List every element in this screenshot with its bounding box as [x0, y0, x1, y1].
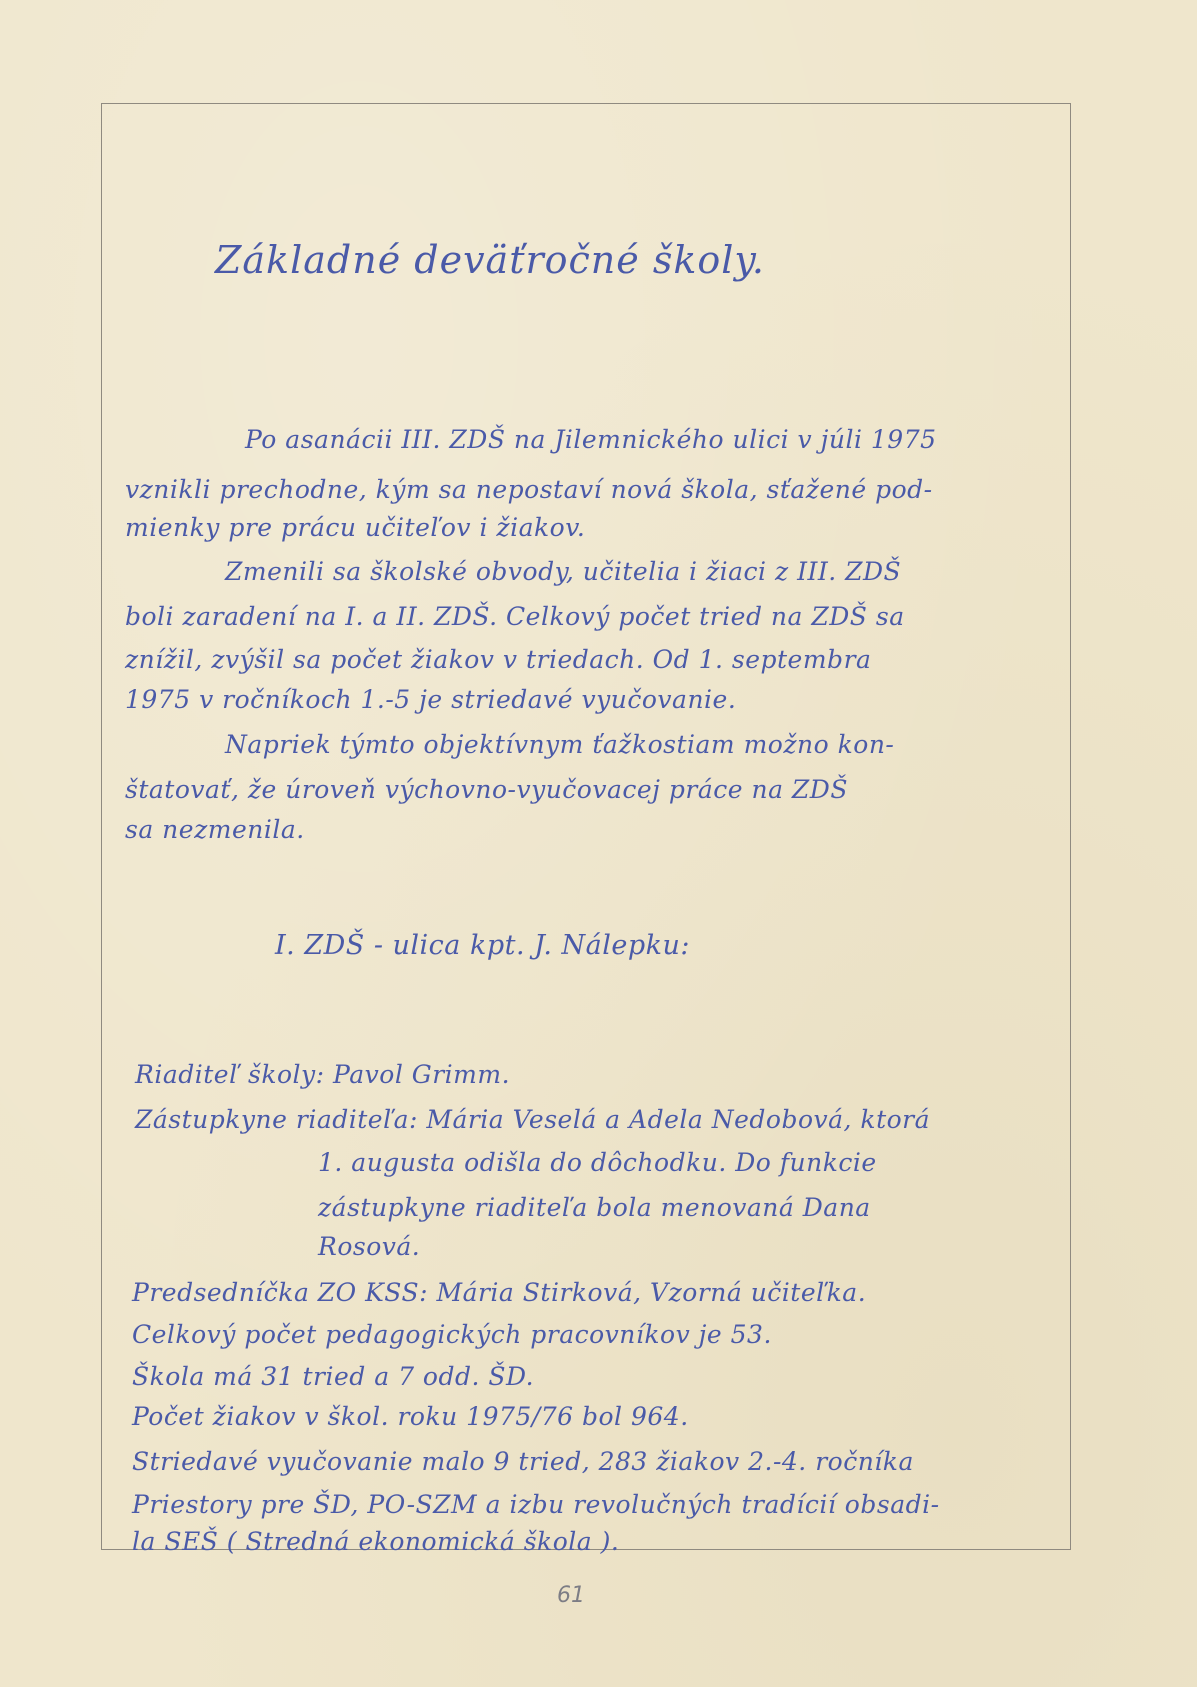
intro-line-5: boli zaradení na I. a II. ZDŠ. Celkový p…: [125, 602, 905, 631]
school-line-classes: Škola má 31 tried a 7 odd. ŠD.: [132, 1362, 534, 1391]
page-number: 61: [557, 1583, 585, 1608]
intro-line-2: vznikli prechodne, kým sa nepostaví nová…: [125, 475, 933, 504]
school-line-staff-count: Celkový počet pedagogických pracovníkov …: [132, 1320, 772, 1349]
intro-line-8: Napriek týmto objektívnym ťažkostiam mož…: [225, 730, 894, 759]
intro-line-6: znížil, zvýšil sa počet žiakov v triedac…: [125, 645, 871, 674]
school-line-deputies-cont-3: Rosová.: [318, 1232, 420, 1261]
school-line-shift-teaching: Striedavé vyučovanie malo 9 tried, 283 ž…: [132, 1447, 914, 1476]
school-line-chairwoman: Predsedníčka ZO KSS: Mária Stirková, Vzo…: [132, 1278, 866, 1307]
school-line-director: Riaditeľ školy: Pavol Grimm.: [135, 1060, 510, 1089]
intro-line-7: 1975 v ročníkoch 1.-5 je striedavé vyučo…: [125, 685, 736, 714]
school-line-pupils: Počet žiakov v škol. roku 1975/76 bol 96…: [132, 1402, 689, 1431]
intro-line-9: štatovať, že úroveň výchovno-vyučovacej …: [125, 775, 848, 804]
school-line-premises-cont: la SEŠ ( Stredná ekonomická škola ).: [132, 1527, 619, 1556]
intro-line-10: sa nezmenila.: [125, 815, 305, 844]
intro-line-1: Po asanácii III. ZDŠ na Jilemnického uli…: [245, 425, 937, 454]
school-line-deputies: Zástupkyne riaditeľa: Mária Veselá a Ade…: [135, 1105, 930, 1134]
school-heading: I. ZDŠ - ulica kpt. J. Nálepku:: [275, 930, 690, 961]
school-line-deputies-cont-2: zástupkyne riaditeľa bola menovaná Dana: [318, 1193, 871, 1222]
intro-line-3: mienky pre prácu učiteľov i žiakov.: [125, 513, 585, 542]
page-title: Základné deväťročné školy.: [215, 238, 765, 282]
school-line-deputies-cont-1: 1. augusta odišla do dôchodku. Do funkci…: [318, 1148, 877, 1177]
school-line-premises: Priestory pre ŠD, PO-SZM a izbu revolučn…: [132, 1490, 940, 1519]
intro-line-4: Zmenili sa školské obvody, učitelia i ži…: [225, 557, 901, 586]
